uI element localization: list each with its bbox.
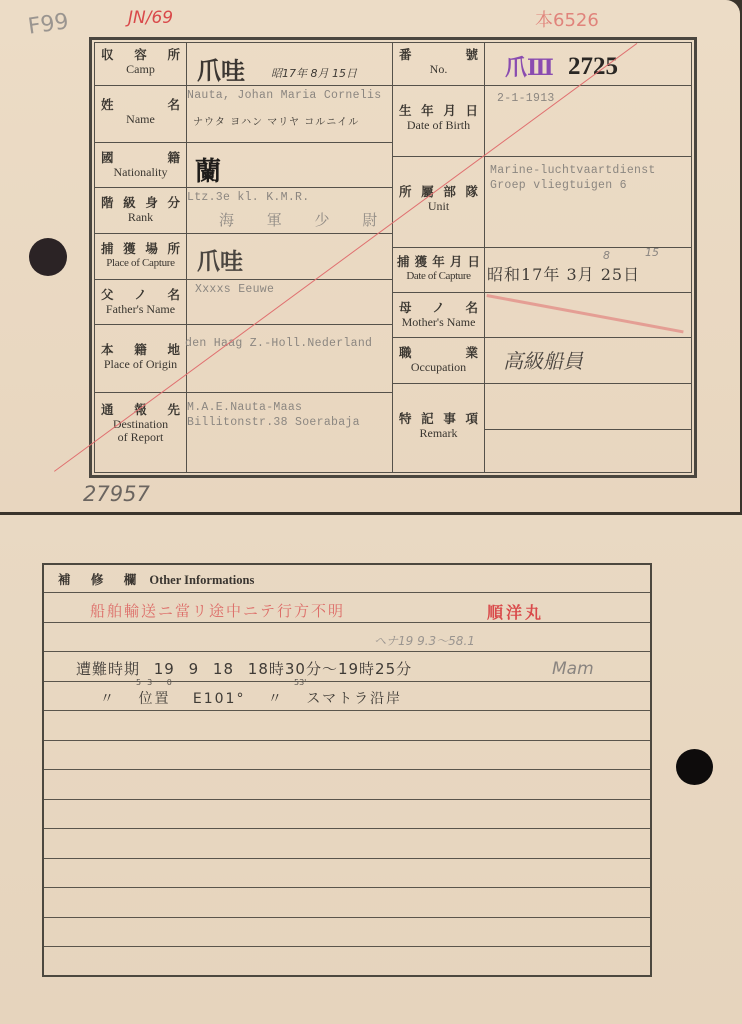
ship-name: 順洋丸 (487, 600, 544, 623)
label-unit: 所屬部隊 Unit (393, 157, 485, 248)
label-destination-of-report: 通報先 Destination of Report (95, 393, 187, 472)
value-remark-line-2 (485, 430, 691, 472)
section-header: 補 修 欄 Other Informations (58, 570, 254, 588)
ruled-line (44, 710, 650, 711)
value-nationality: 蘭 (187, 143, 393, 188)
ruled-line (44, 740, 650, 741)
label-occupation: 職業 Occupation (393, 338, 485, 384)
ruled-line (44, 799, 650, 800)
label-camp: 収容所 Camp (95, 43, 187, 86)
label-mothers-name: 母ノ名 Mother's Name (393, 293, 485, 338)
label-number: 番號 No. (393, 43, 485, 86)
missing-during-transport-stamp: 船舶輸送ニ當リ途中ニテ行方不明 (90, 600, 345, 621)
value-occupation: 高級船員 (485, 338, 691, 384)
ruled-line (44, 681, 650, 682)
label-nationality: 國籍 Nationality (95, 143, 187, 188)
value-name: Nauta, Johan Maria Cornelis ナウタ ヨハン マリヤ … (187, 86, 393, 143)
ruled-line (44, 592, 650, 593)
value-fathers-name: Xxxxs Eeuwe (187, 280, 393, 325)
other-informations-table: 補 修 欄 Other Informations 船舶輸送ニ當リ途中ニテ行方不明… (42, 563, 652, 977)
ruled-line (44, 651, 650, 652)
punch-hole (676, 749, 713, 785)
value-place-of-capture: 爪哇 (187, 234, 393, 280)
value-remark-line-1 (485, 384, 691, 430)
value-destination-of-report: M.A.E.Nauta-Maas Billitonstr.38 Soerabaj… (187, 393, 393, 472)
front-card: F99 JN/69 本6526 27957 収容所 Camp 姓名 Name 國… (0, 0, 740, 512)
position-superscript-left: 53 0 (136, 678, 178, 687)
ruled-line (44, 887, 650, 888)
position-superscript-right: 53' (294, 678, 306, 687)
label-fathers-name: 父ノ名 Father's Name (95, 280, 187, 325)
pencil-note: ヘナ19 9.3～58.1 (374, 632, 475, 649)
margin-note-pencil: F99 (26, 9, 70, 39)
disaster-position: 〃 位置 E101° 〃 スマトラ沿岸 (100, 688, 402, 708)
month-correction: 8 (603, 249, 610, 262)
ruled-line (44, 622, 650, 623)
ruled-line (44, 769, 650, 770)
ruled-line (44, 858, 650, 859)
label-rank: 階級身分 Rank (95, 188, 187, 234)
value-camp: 爪哇 昭17年 8月 15日 (187, 43, 393, 86)
margin-note-red-right: 本6526 (535, 6, 599, 32)
label-date-of-birth: 生年月日 Date of Birth (393, 86, 485, 157)
margin-note-red-left: JN/69 (128, 8, 173, 28)
ruled-line (44, 917, 650, 918)
label-name: 姓名 Name (95, 86, 187, 143)
label-date-of-capture: 捕獲年月日 Date of Capture (393, 248, 485, 293)
margin-note-bottom: 27957 (83, 482, 150, 506)
punch-hole (29, 238, 67, 276)
handwritten-signature: Mam (552, 659, 594, 679)
ruled-line (44, 828, 650, 829)
value-date-of-birth: 2-1-1913 (485, 86, 691, 157)
camp-stamp: 爪Ⅲ (505, 51, 554, 82)
ruled-line (44, 946, 650, 947)
day-correction: 15 (645, 246, 659, 259)
back-card: 補 修 欄 Other Informations 船舶輸送ニ當リ途中ニテ行方不明… (0, 515, 742, 1024)
value-unit: Marine-luchtvaartdienst Groep vliegtuige… (485, 157, 691, 248)
value-rank: Ltz.3e kl. K.M.R. 海 軍 少 尉 (187, 188, 393, 234)
value-place-of-origin: den Haag Z.-Holl.Nederland (187, 325, 393, 393)
label-remark: 特記事項 Remark (393, 384, 485, 472)
value-date-of-capture: 昭和17年 3月 25日 8 15 (485, 248, 691, 293)
label-place-of-capture: 捕獲場所 Place of Capture (95, 234, 187, 280)
disaster-date: 遭難時期 19 9 18 18時30分～19時25分 (76, 658, 412, 679)
